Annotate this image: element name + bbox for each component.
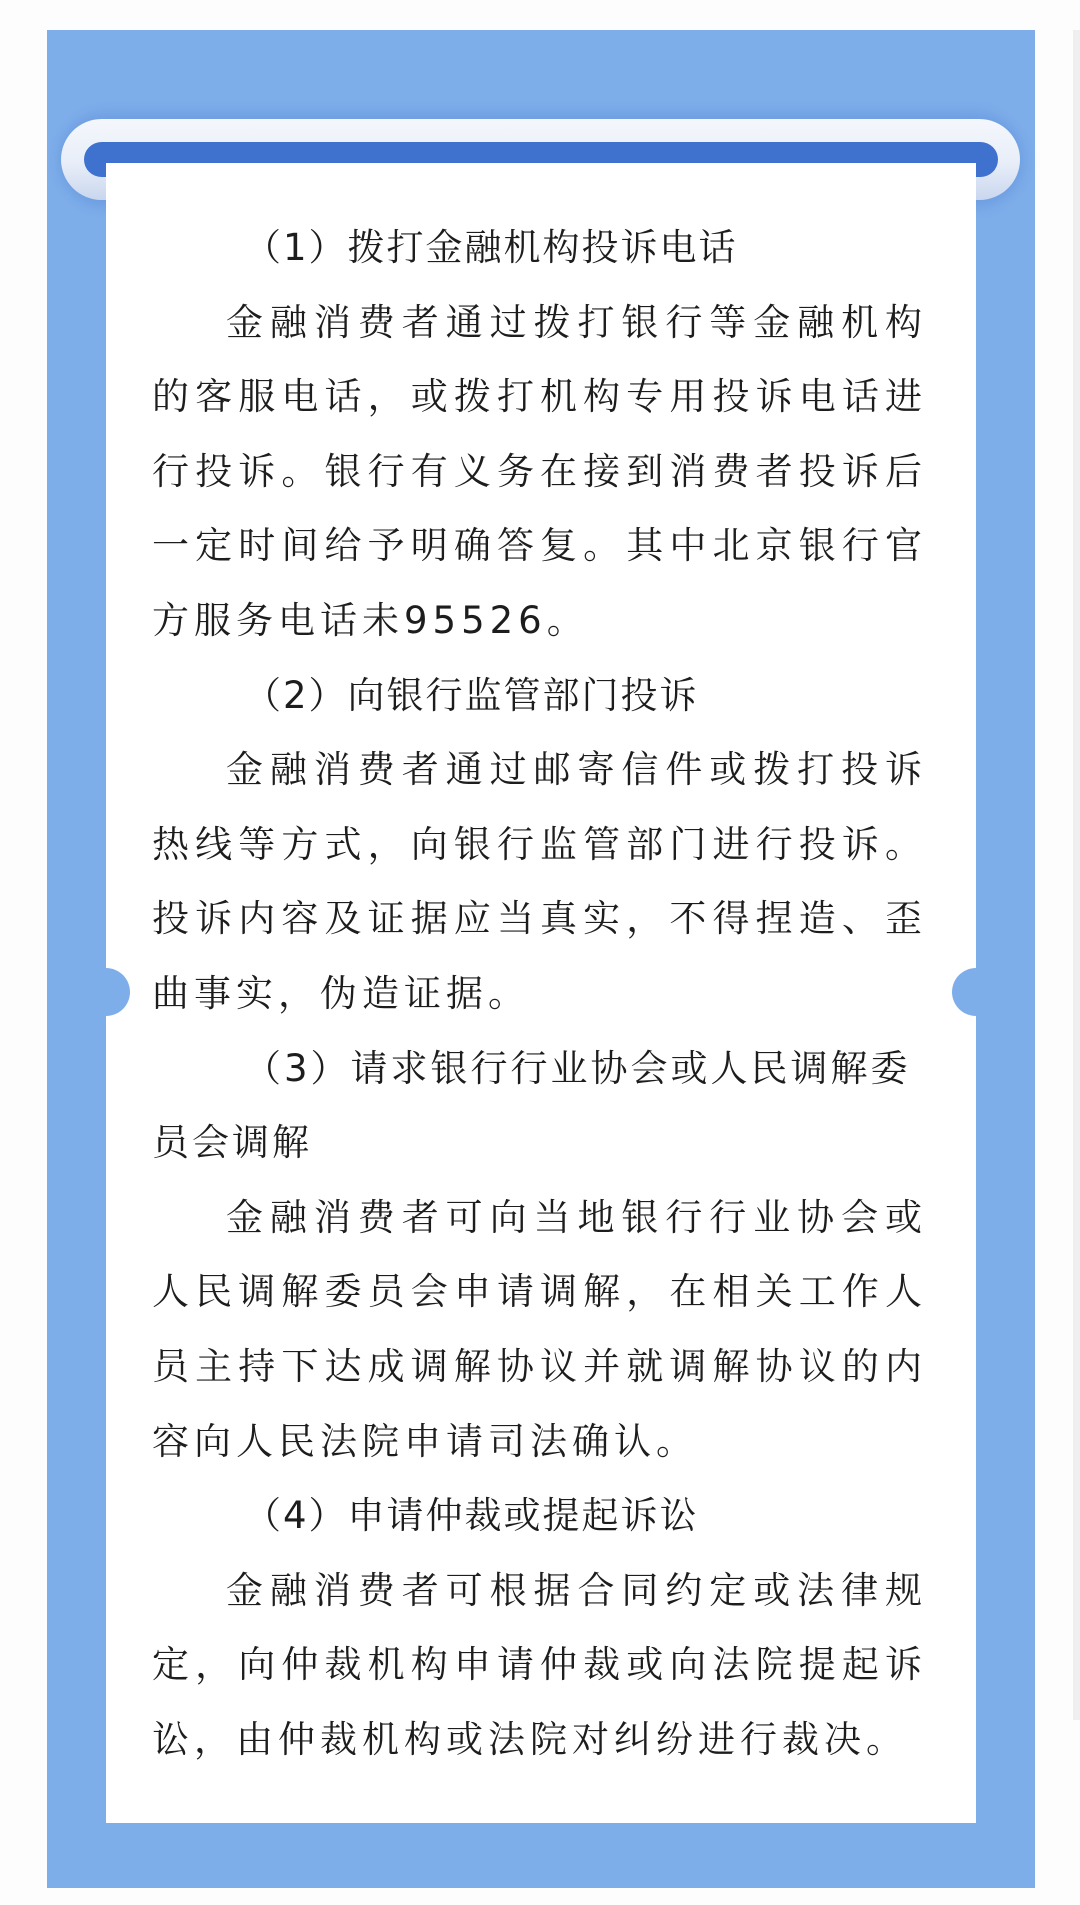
scrollbar[interactable] [1073, 30, 1080, 1720]
left-notch-decoration [82, 968, 130, 1016]
section-body-1: 金融消费者通过拨打银行等金融机构的客服电话，或拨打机构专用投诉电话进行投诉。银行… [152, 286, 927, 659]
section-body-3: 金融消费者可向当地银行行业协会或人民调解委员会申请调解，在相关工作人员主持下达成… [152, 1181, 927, 1479]
right-notch-decoration [952, 968, 1000, 1016]
section-heading-2: （2）向银行监管部门投诉 [152, 659, 927, 734]
section-body-4: 金融消费者可根据合同约定或法律规定，向仲裁机构申请仲裁或向法院提起诉讼，由仲裁机… [152, 1554, 927, 1778]
article-text: （1）拨打金融机构投诉电话 金融消费者通过拨打银行等金融机构的客服电话，或拨打机… [152, 211, 927, 1777]
section-heading-4: （4）申请仲裁或提起诉讼 [152, 1479, 927, 1554]
section-heading-3: （3）请求银行行业协会或人民调解委员会调解 [152, 1032, 927, 1181]
section-body-2: 金融消费者通过邮寄信件或拨打投诉热线等方式，向银行监管部门进行投诉。投诉内容及证… [152, 733, 927, 1031]
section-heading-1: （1）拨打金融机构投诉电话 [152, 211, 927, 286]
